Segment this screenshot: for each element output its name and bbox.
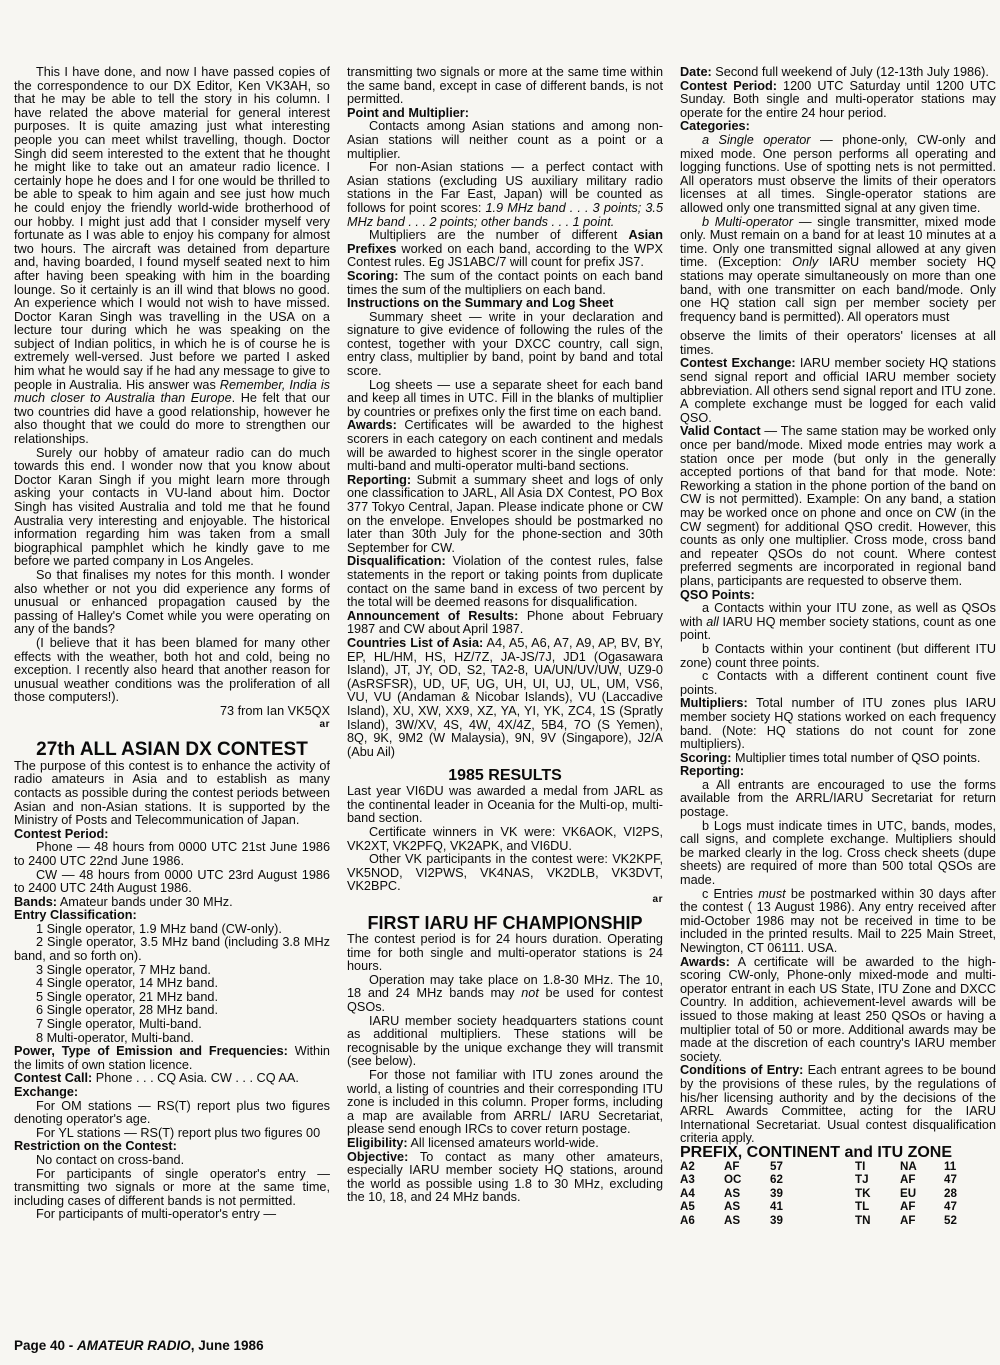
column-3: Date: Second full weekend of July (12-13… (680, 66, 996, 1328)
paragraph: Summary sheet — write in your declaratio… (347, 311, 663, 379)
table-cell: EU (900, 1187, 944, 1201)
table-cell: AF (900, 1214, 944, 1228)
table-cell: A4 (680, 1187, 724, 1201)
paragraph: Valid Contact — The same station may be … (680, 425, 996, 588)
magazine-page: This I have done, and now I have passed … (0, 0, 1000, 1365)
end-mark: ar (14, 719, 330, 730)
paragraph: Contest Exchange: IARU member society HQ… (680, 357, 996, 425)
spacer (347, 759, 663, 767)
paragraph: Awards: A certificate will be awarded to… (680, 956, 996, 1065)
table-cell: TN (855, 1214, 900, 1228)
table-cell: 11 (944, 1160, 996, 1174)
paragraph: Reporting: (680, 765, 996, 779)
section-heading: 1985 RESULTS (347, 767, 663, 785)
paragraph: For participants of multi-operator's ent… (14, 1208, 330, 1222)
paragraph: For non-Asian stations — a perfect conta… (347, 161, 663, 229)
paragraph: So that finalises my notes for this mont… (14, 569, 330, 637)
sub-heading: Instructions on the Summary and Log Shee… (347, 297, 663, 311)
paragraph: Reporting: Submit a summary sheet and lo… (347, 474, 663, 556)
paragraph: Log sheets — use a separate sheet for ea… (347, 379, 663, 420)
paragraph: Date: Second full weekend of July (12-13… (680, 66, 996, 80)
table-cell: AF (900, 1200, 944, 1214)
paragraph: c Entries must be postmarked within 30 d… (680, 888, 996, 956)
paragraph: Contacts among Asian stations and among … (347, 120, 663, 161)
paragraph: Certificate winners in VK were: VK6AOK, … (347, 826, 663, 853)
table-cell: 28 (944, 1187, 996, 1201)
paragraph: For participants of single operator's en… (14, 1168, 330, 1209)
table-cell: 47 (944, 1173, 996, 1187)
paragraph: CW — 48 hours from 0000 UTC 23rd August … (14, 869, 330, 896)
spacer (347, 905, 663, 913)
paragraph: IARU member society headquarters station… (347, 1015, 663, 1069)
paragraph: Operation may take place on 1.8-30 MHz. … (347, 974, 663, 1015)
section-heading: FIRST IARU HF CHAMPIONSHIP (347, 913, 663, 933)
paragraph: Other VK participants in the contest wer… (347, 853, 663, 894)
paragraph: 1 Single operator, 1.9 MHz band (CW-only… (14, 923, 330, 937)
paragraph: b Logs must indicate times in UTC, bands… (680, 820, 996, 888)
paragraph: Contest Call: Phone . . . CQ Asia. CW . … (14, 1072, 330, 1086)
table-cell: AS (724, 1187, 770, 1201)
paragraph: Exchange: (14, 1086, 330, 1100)
paragraph: For YL stations — RS(T) report plus two … (14, 1127, 330, 1141)
paragraph: a Single operator — phone-only, CW-only … (680, 134, 996, 216)
end-mark: ar (347, 894, 663, 905)
paragraph: Power, Type of Emission and Frequencies:… (14, 1045, 330, 1072)
paragraph: (I believe that it has been blamed for m… (14, 637, 330, 705)
signature-line: 73 from Ian VK5QX (14, 705, 330, 719)
table-cell: 47 (944, 1200, 996, 1214)
section-heading: 27th ALL ASIAN DX CONTEST (14, 739, 330, 760)
table-cell: A5 (680, 1200, 724, 1214)
sub-heading: PREFIX, CONTINENT and ITU ZONE (680, 1146, 996, 1160)
paragraph: b Multi-operator — single transmitter, m… (680, 216, 996, 325)
paragraph: The purpose of this contest is to enhanc… (14, 760, 330, 828)
paragraph: Contest Period: 1200 UTC Saturday until … (680, 80, 996, 121)
paragraph: 8 Multi-operator, Multi-band. (14, 1032, 330, 1046)
table-cell: 39 (770, 1187, 855, 1201)
table-cell: 52 (944, 1214, 996, 1228)
paragraph: Entry Classification: (14, 909, 330, 923)
paragraph: Surely our hobby of amateur radio can do… (14, 447, 330, 569)
column-2: transmitting two signals or more at the … (347, 66, 663, 1328)
paragraph: For OM stations — RS(T) report plus two … (14, 1100, 330, 1127)
prefix-itu-zone-table: A2AF57TINA11A3OC62TJAF47A4AS39TKEU28A5AS… (680, 1160, 996, 1228)
table-cell: TJ (855, 1173, 900, 1187)
paragraph: b Contacts within your continent (but di… (680, 643, 996, 670)
paragraph: Last year VI6DU was awarded a medal from… (347, 785, 663, 826)
paragraph: 4 Single operator, 14 MHz band. (14, 977, 330, 991)
paragraph: observe the limits of their operators' l… (680, 330, 996, 357)
spacer (14, 730, 330, 739)
table-cell: AS (724, 1214, 770, 1228)
table-cell: NA (900, 1160, 944, 1174)
article-columns: This I have done, and now I have passed … (0, 0, 1000, 1328)
paragraph: Announcement of Results: Phone about Feb… (347, 610, 663, 637)
paragraph: 2 Single operator, 3.5 MHz band (includi… (14, 936, 330, 963)
paragraph: 6 Single operator, 28 MHz band. (14, 1004, 330, 1018)
table-cell: AF (900, 1173, 944, 1187)
table-cell: AS (724, 1200, 770, 1214)
paragraph: Contest Period: (14, 828, 330, 842)
table-cell: 39 (770, 1214, 855, 1228)
paragraph: Multipliers: Total number of ITU zones p… (680, 697, 996, 751)
paragraph: Awards: Certificates will be awarded to … (347, 419, 663, 473)
paragraph: Categories: (680, 120, 996, 134)
footer-magazine-title: AMATEUR RADIO (77, 1338, 191, 1353)
table-cell: 57 (770, 1160, 855, 1174)
table-cell: OC (724, 1173, 770, 1187)
paragraph: Disqualification: Violation of the conte… (347, 555, 663, 609)
paragraph: c Contacts with a different continent co… (680, 670, 996, 697)
table-cell: A2 (680, 1160, 724, 1174)
paragraph: Countries List of Asia: A4, A5, A6, A7, … (347, 637, 663, 759)
column-1: This I have done, and now I have passed … (14, 66, 330, 1328)
paragraph: a Contacts within your ITU zone, as well… (680, 602, 996, 643)
paragraph: transmitting two signals or more at the … (347, 66, 663, 107)
paragraph: 3 Single operator, 7 MHz band. (14, 964, 330, 978)
paragraph: Point and Multiplier: (347, 107, 663, 121)
paragraph: The contest period is for 24 hours durat… (347, 933, 663, 974)
paragraph: Restriction on the Contest: (14, 1140, 330, 1154)
table-cell: TK (855, 1187, 900, 1201)
table-cell: A3 (680, 1173, 724, 1187)
table-cell: TI (855, 1160, 900, 1174)
paragraph: 7 Single operator, Multi-band. (14, 1018, 330, 1032)
paragraph: For those not familiar with ITU zones ar… (347, 1069, 663, 1137)
table-cell: 62 (770, 1173, 855, 1187)
paragraph: Objective: To contact as many other amat… (347, 1151, 663, 1205)
paragraph: This I have done, and now I have passed … (14, 66, 330, 447)
table-cell: TL (855, 1200, 900, 1214)
footer-issue-date: , June 1986 (191, 1338, 264, 1353)
paragraph: a All entrants are encouraged to use the… (680, 779, 996, 820)
paragraph: Bands: Amateur bands under 30 MHz. (14, 896, 330, 910)
page-footer: Page 40 - AMATEUR RADIO, June 1986 (14, 1338, 264, 1353)
footer-page-number: Page 40 - (14, 1338, 77, 1353)
paragraph: QSO Points: (680, 589, 996, 603)
paragraph: Phone — 48 hours from 0000 UTC 21st June… (14, 841, 330, 868)
paragraph: 5 Single operator, 21 MHz band. (14, 991, 330, 1005)
paragraph: Multipliers are the number of different … (347, 229, 663, 270)
table-cell: A6 (680, 1214, 724, 1228)
table-cell: AF (724, 1160, 770, 1174)
table-cell: 41 (770, 1200, 855, 1214)
paragraph: Scoring: Multiplier times total number o… (680, 752, 996, 766)
paragraph: Scoring: The sum of the contact points o… (347, 270, 663, 297)
paragraph: No contact on cross-band. (14, 1154, 330, 1168)
paragraph: Eligibility: All licensed amateurs world… (347, 1137, 663, 1151)
paragraph: Conditions of Entry: Each entrant agrees… (680, 1064, 996, 1146)
